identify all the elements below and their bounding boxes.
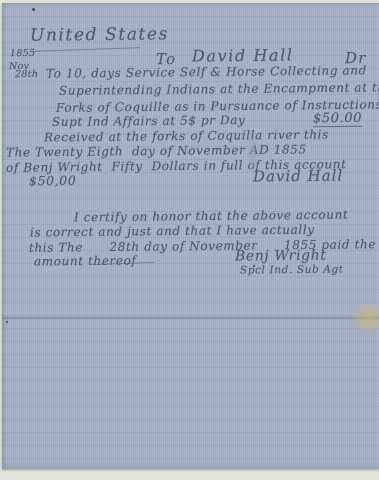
paper-speck (32, 8, 35, 11)
certifier-title: Spcl Ind. Sub Agt (240, 264, 344, 276)
paper-stain (352, 302, 379, 332)
document-page: United States 1855 Nov 28th To David Hal… (2, 3, 379, 469)
amount-paid: $50,00 (29, 175, 76, 188)
fold-crease (2, 316, 379, 320)
margin-year: 1855 (10, 49, 35, 59)
receipt-line-2: The Twenty Eigth day of November AD 1855 (6, 143, 307, 158)
receipt-line-1: Received at the forks of Coquilla river … (44, 129, 329, 144)
payee-signature: David Hall (253, 169, 343, 185)
document-heading: United States (30, 26, 169, 44)
margin-day: 28th (15, 70, 38, 80)
amount-due: $50.00 (313, 112, 362, 128)
ink-smudge (250, 138, 256, 168)
paper-speck (253, 265, 255, 267)
certification-line-1: I certify on honor that the above accoun… (74, 209, 348, 224)
heading-flourish (32, 47, 140, 52)
body-line-2: Superintending Indians at the Encampment… (59, 81, 379, 97)
certification-line-4: amount thereof (34, 254, 137, 267)
certifier-signature: Benj Wright (235, 249, 327, 264)
paper-speck (6, 321, 8, 323)
certification-line-2: is correct and just and that I have actu… (30, 224, 315, 239)
scanned-document: United States 1855 Nov 28th To David Hal… (0, 0, 379, 480)
debtor-name: David Hall (192, 47, 294, 64)
body-line-4: Supt Ind Affairs at 5$ pr Day (52, 114, 245, 128)
body-line-1: To 10, days Service Self & Horse Collect… (46, 64, 367, 79)
